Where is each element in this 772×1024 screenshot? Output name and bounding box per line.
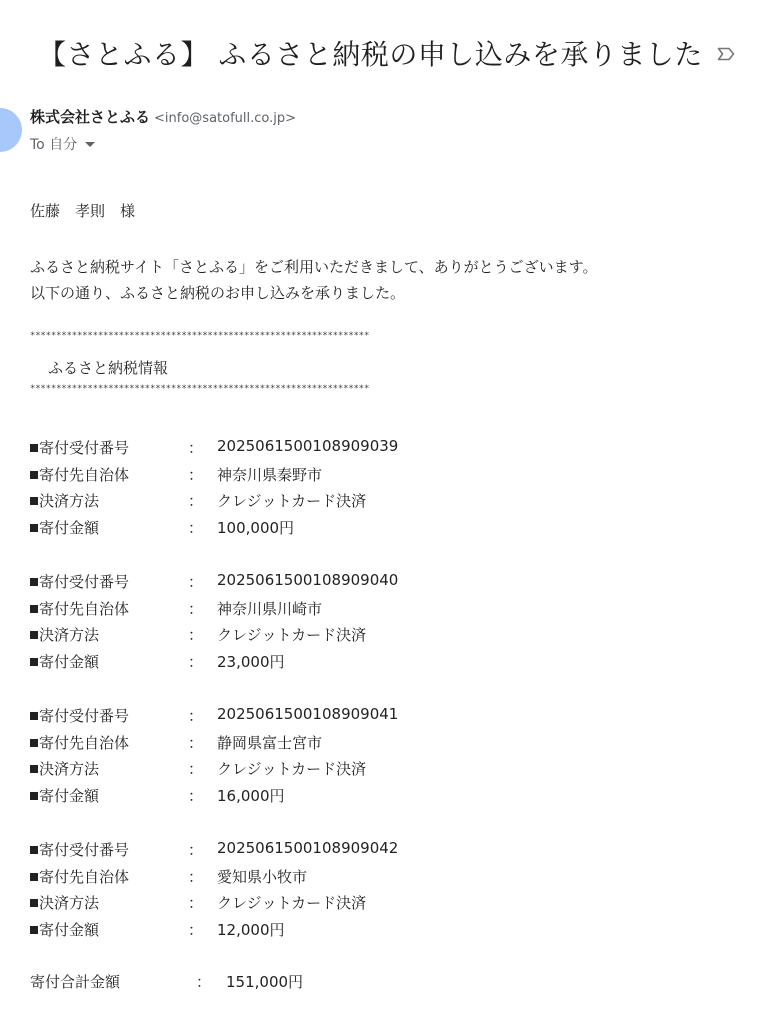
amount-value: 100,000円 (217, 517, 294, 538)
colon: ： (188, 839, 203, 860)
sender-avatar[interactable] (0, 108, 22, 152)
total-amount-row: 寄付合計金額 ： 151,000円 (30, 971, 530, 995)
recipient-details-toggle[interactable]: To 自分 (30, 134, 95, 154)
payment-method-label: 決済方法 (39, 626, 99, 644)
payment-method-row: 決済方法 ： クレジットカード決済 (30, 490, 530, 517)
payment-method-label: 決済方法 (39, 894, 99, 912)
intro-line-1: ふるさと納税サイト「さとふる」をご利用いただきまして、ありがとうございます。 (30, 256, 597, 277)
bullet-square-icon (30, 792, 38, 800)
colon: ： (188, 624, 203, 645)
municipality-label: 寄付先自治体 (39, 868, 129, 886)
payment-method-value: クレジットカード決済 (217, 624, 366, 645)
bullet-square-icon (30, 846, 38, 854)
amount-value: 23,000円 (217, 651, 285, 672)
bullet-square-icon (30, 605, 38, 613)
payment-method-row: 決済方法 ： クレジットカード決済 (30, 758, 530, 785)
payment-method-value: クレジットカード決済 (217, 892, 366, 913)
bullet-square-icon (30, 873, 38, 881)
recipient-label: To 自分 (30, 134, 77, 154)
colon: ： (188, 490, 203, 511)
payment-method-value: クレジットカード決済 (217, 758, 366, 779)
colon: ： (188, 758, 203, 779)
bullet-square-icon (30, 497, 38, 505)
colon: ： (188, 517, 203, 538)
municipality-value: 神奈川県川崎市 (217, 598, 322, 619)
section-title: ふるさと納税情報 (48, 357, 168, 378)
importance-marker-icon[interactable] (717, 46, 735, 60)
total-amount-value: 151,000円 (226, 971, 303, 992)
bullet-square-icon (30, 444, 38, 452)
bullet-square-icon (30, 899, 38, 907)
email-subject-row: 【さとふる】 ふるさと納税の申し込みを承りました (38, 30, 772, 76)
payment-method-row: 決済方法 ： クレジットカード決済 (30, 892, 530, 919)
municipality-row: 寄付先自治体 ： 神奈川県秦野市 (30, 464, 530, 491)
municipality-row: 寄付先自治体 ： 静岡県富士宮市 (30, 732, 530, 759)
bullet-square-icon (30, 765, 38, 773)
municipality-value: 静岡県富士宮市 (217, 732, 322, 753)
receipt-number-value: 2025061500108909041 (217, 705, 398, 723)
receipt-number-value: 2025061500108909042 (217, 839, 398, 857)
municipality-value: 神奈川県秦野市 (217, 464, 322, 485)
colon: ： (188, 866, 203, 887)
amount-row: 寄付金額 ： 100,000円 (30, 517, 530, 544)
receipt-number-label: 寄付受付番号 (39, 841, 129, 859)
amount-label: 寄付金額 (39, 787, 99, 805)
colon: ： (188, 732, 203, 753)
receipt-number-row: 寄付受付番号 ： 2025061500108909039 (30, 437, 530, 464)
colon: ： (188, 437, 203, 458)
municipality-row: 寄付先自治体 ： 愛知県小牧市 (30, 866, 530, 893)
colon: ： (188, 598, 203, 619)
municipality-value: 愛知県小牧市 (217, 866, 307, 887)
receipt-number-row: 寄付受付番号 ： 2025061500108909042 (30, 839, 530, 866)
municipality-row: 寄付先自治体 ： 神奈川県川崎市 (30, 598, 530, 625)
receipt-number-value: 2025061500108909040 (217, 571, 398, 589)
colon: ： (188, 919, 203, 940)
colon: ： (196, 971, 211, 992)
receipt-number-row: 寄付受付番号 ： 2025061500108909040 (30, 571, 530, 598)
amount-row: 寄付金額 ： 12,000円 (30, 919, 530, 946)
donation-record: 寄付受付番号 ： 2025061500108909041 寄付先自治体 ： 静岡… (30, 705, 530, 811)
bullet-square-icon (30, 739, 38, 747)
amount-value: 16,000円 (217, 785, 285, 806)
receipt-number-value: 2025061500108909039 (217, 437, 398, 455)
receipt-number-row: 寄付受付番号 ： 2025061500108909041 (30, 705, 530, 732)
donation-record: 寄付受付番号 ： 2025061500108909040 寄付先自治体 ： 神奈… (30, 571, 530, 677)
amount-label: 寄付金額 (39, 921, 99, 939)
amount-value: 12,000円 (217, 919, 285, 940)
bullet-square-icon (30, 926, 38, 934)
separator-bottom: ****************************************… (30, 384, 369, 394)
chevron-down-icon[interactable] (85, 142, 95, 147)
municipality-label: 寄付先自治体 (39, 734, 129, 752)
receipt-number-label: 寄付受付番号 (39, 573, 129, 591)
bullet-square-icon (30, 658, 38, 666)
bullet-square-icon (30, 631, 38, 639)
total-amount-label: 寄付合計金額 (30, 971, 120, 992)
colon: ： (188, 892, 203, 913)
bullet-square-icon (30, 471, 38, 479)
sender-name[interactable]: 株式会社さとふる (30, 106, 150, 127)
receipt-number-label: 寄付受付番号 (39, 439, 129, 457)
payment-method-label: 決済方法 (39, 492, 99, 510)
payment-method-value: クレジットカード決済 (217, 490, 366, 511)
colon: ： (188, 705, 203, 726)
donation-record: 寄付受付番号 ： 2025061500108909042 寄付先自治体 ： 愛知… (30, 839, 530, 945)
municipality-label: 寄付先自治体 (39, 600, 129, 618)
payment-method-label: 決済方法 (39, 760, 99, 778)
amount-label: 寄付金額 (39, 519, 99, 537)
colon: ： (188, 651, 203, 672)
donation-record: 寄付受付番号 ： 2025061500108909039 寄付先自治体 ： 神奈… (30, 437, 530, 543)
bullet-square-icon (30, 578, 38, 586)
payment-method-row: 決済方法 ： クレジットカード決済 (30, 624, 530, 651)
sender-line: 株式会社さとふる <info@satofull.co.jp> (30, 106, 296, 127)
amount-row: 寄付金額 ： 16,000円 (30, 785, 530, 812)
intro-line-2: 以下の通り、ふるさと納税のお申し込みを承りました。 (30, 282, 405, 303)
colon: ： (188, 464, 203, 485)
colon: ： (188, 785, 203, 806)
sender-email: <info@satofull.co.jp> (154, 111, 296, 126)
amount-row: 寄付金額 ： 23,000円 (30, 651, 530, 678)
colon: ： (188, 571, 203, 592)
municipality-label: 寄付先自治体 (39, 466, 129, 484)
receipt-number-label: 寄付受付番号 (39, 707, 129, 725)
amount-label: 寄付金額 (39, 653, 99, 671)
salutation: 佐藤 孝則 様 (30, 200, 135, 221)
email-subject: 【さとふる】 ふるさと納税の申し込みを承りました (38, 33, 703, 73)
separator-top: ****************************************… (30, 331, 369, 341)
bullet-square-icon (30, 712, 38, 720)
bullet-square-icon (30, 524, 38, 532)
